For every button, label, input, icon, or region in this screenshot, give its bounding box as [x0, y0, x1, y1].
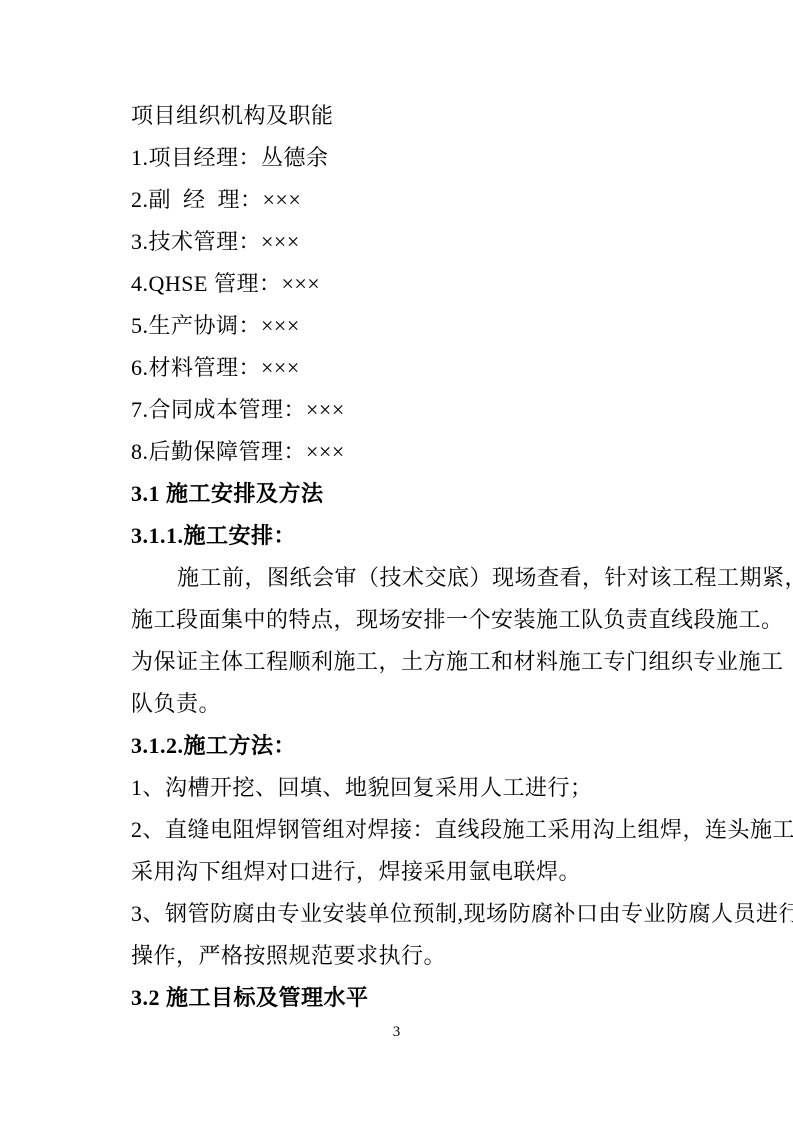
paragraph-line: 施工前，图纸会审（技术交底）现场查看，针对该工程工期紧，	[131, 557, 687, 599]
paragraph-line: 4.QHSE 管理：×××	[131, 263, 687, 305]
paragraph-line: 8.后勤保障管理：×××	[131, 431, 687, 473]
paragraph-line: 3、钢管防腐由专业安装单位预制,现场防腐补口由专业防腐人员进行	[131, 893, 687, 935]
document-page: 项目组织机构及职能 1.项目经理：丛德余 2.副 经 理：××× 3.技术管理：…	[0, 0, 793, 1122]
heading-line: 3.1.2.施工方法：	[131, 725, 687, 767]
heading-line: 3.1 施工安排及方法	[131, 473, 687, 515]
paragraph-line: 施工段面集中的特点，现场安排一个安装施工队负责直线段施工。	[131, 599, 687, 641]
paragraph-line: 7.合同成本管理：×××	[131, 389, 687, 431]
page-number: 3	[0, 1022, 793, 1042]
document-body: 项目组织机构及职能 1.项目经理：丛德余 2.副 经 理：××× 3.技术管理：…	[131, 95, 687, 1019]
paragraph-line: 3.技术管理：×××	[131, 221, 687, 263]
heading-line: 3.2 施工目标及管理水平	[131, 977, 687, 1019]
paragraph-line: 操作，严格按照规范要求执行。	[131, 935, 687, 977]
paragraph-line: 队负责。	[131, 683, 687, 725]
paragraph-line: 5.生产协调：×××	[131, 305, 687, 347]
paragraph-line: 2.副 经 理：×××	[131, 179, 687, 221]
paragraph-line: 1.项目经理：丛德余	[131, 137, 687, 179]
paragraph-line: 项目组织机构及职能	[131, 95, 687, 137]
paragraph-line: 2、直缝电阻焊钢管组对焊接：直线段施工采用沟上组焊，连头施工	[131, 809, 687, 851]
paragraph-line: 为保证主体工程顺利施工，土方施工和材料施工专门组织专业施工	[131, 641, 687, 683]
paragraph-line: 采用沟下组焊对口进行，焊接采用氩电联焊。	[131, 851, 687, 893]
paragraph-line: 1、沟槽开挖、回填、地貌回复采用人工进行；	[131, 767, 687, 809]
heading-line: 3.1.1.施工安排：	[131, 515, 687, 557]
paragraph-line: 6.材料管理：×××	[131, 347, 687, 389]
